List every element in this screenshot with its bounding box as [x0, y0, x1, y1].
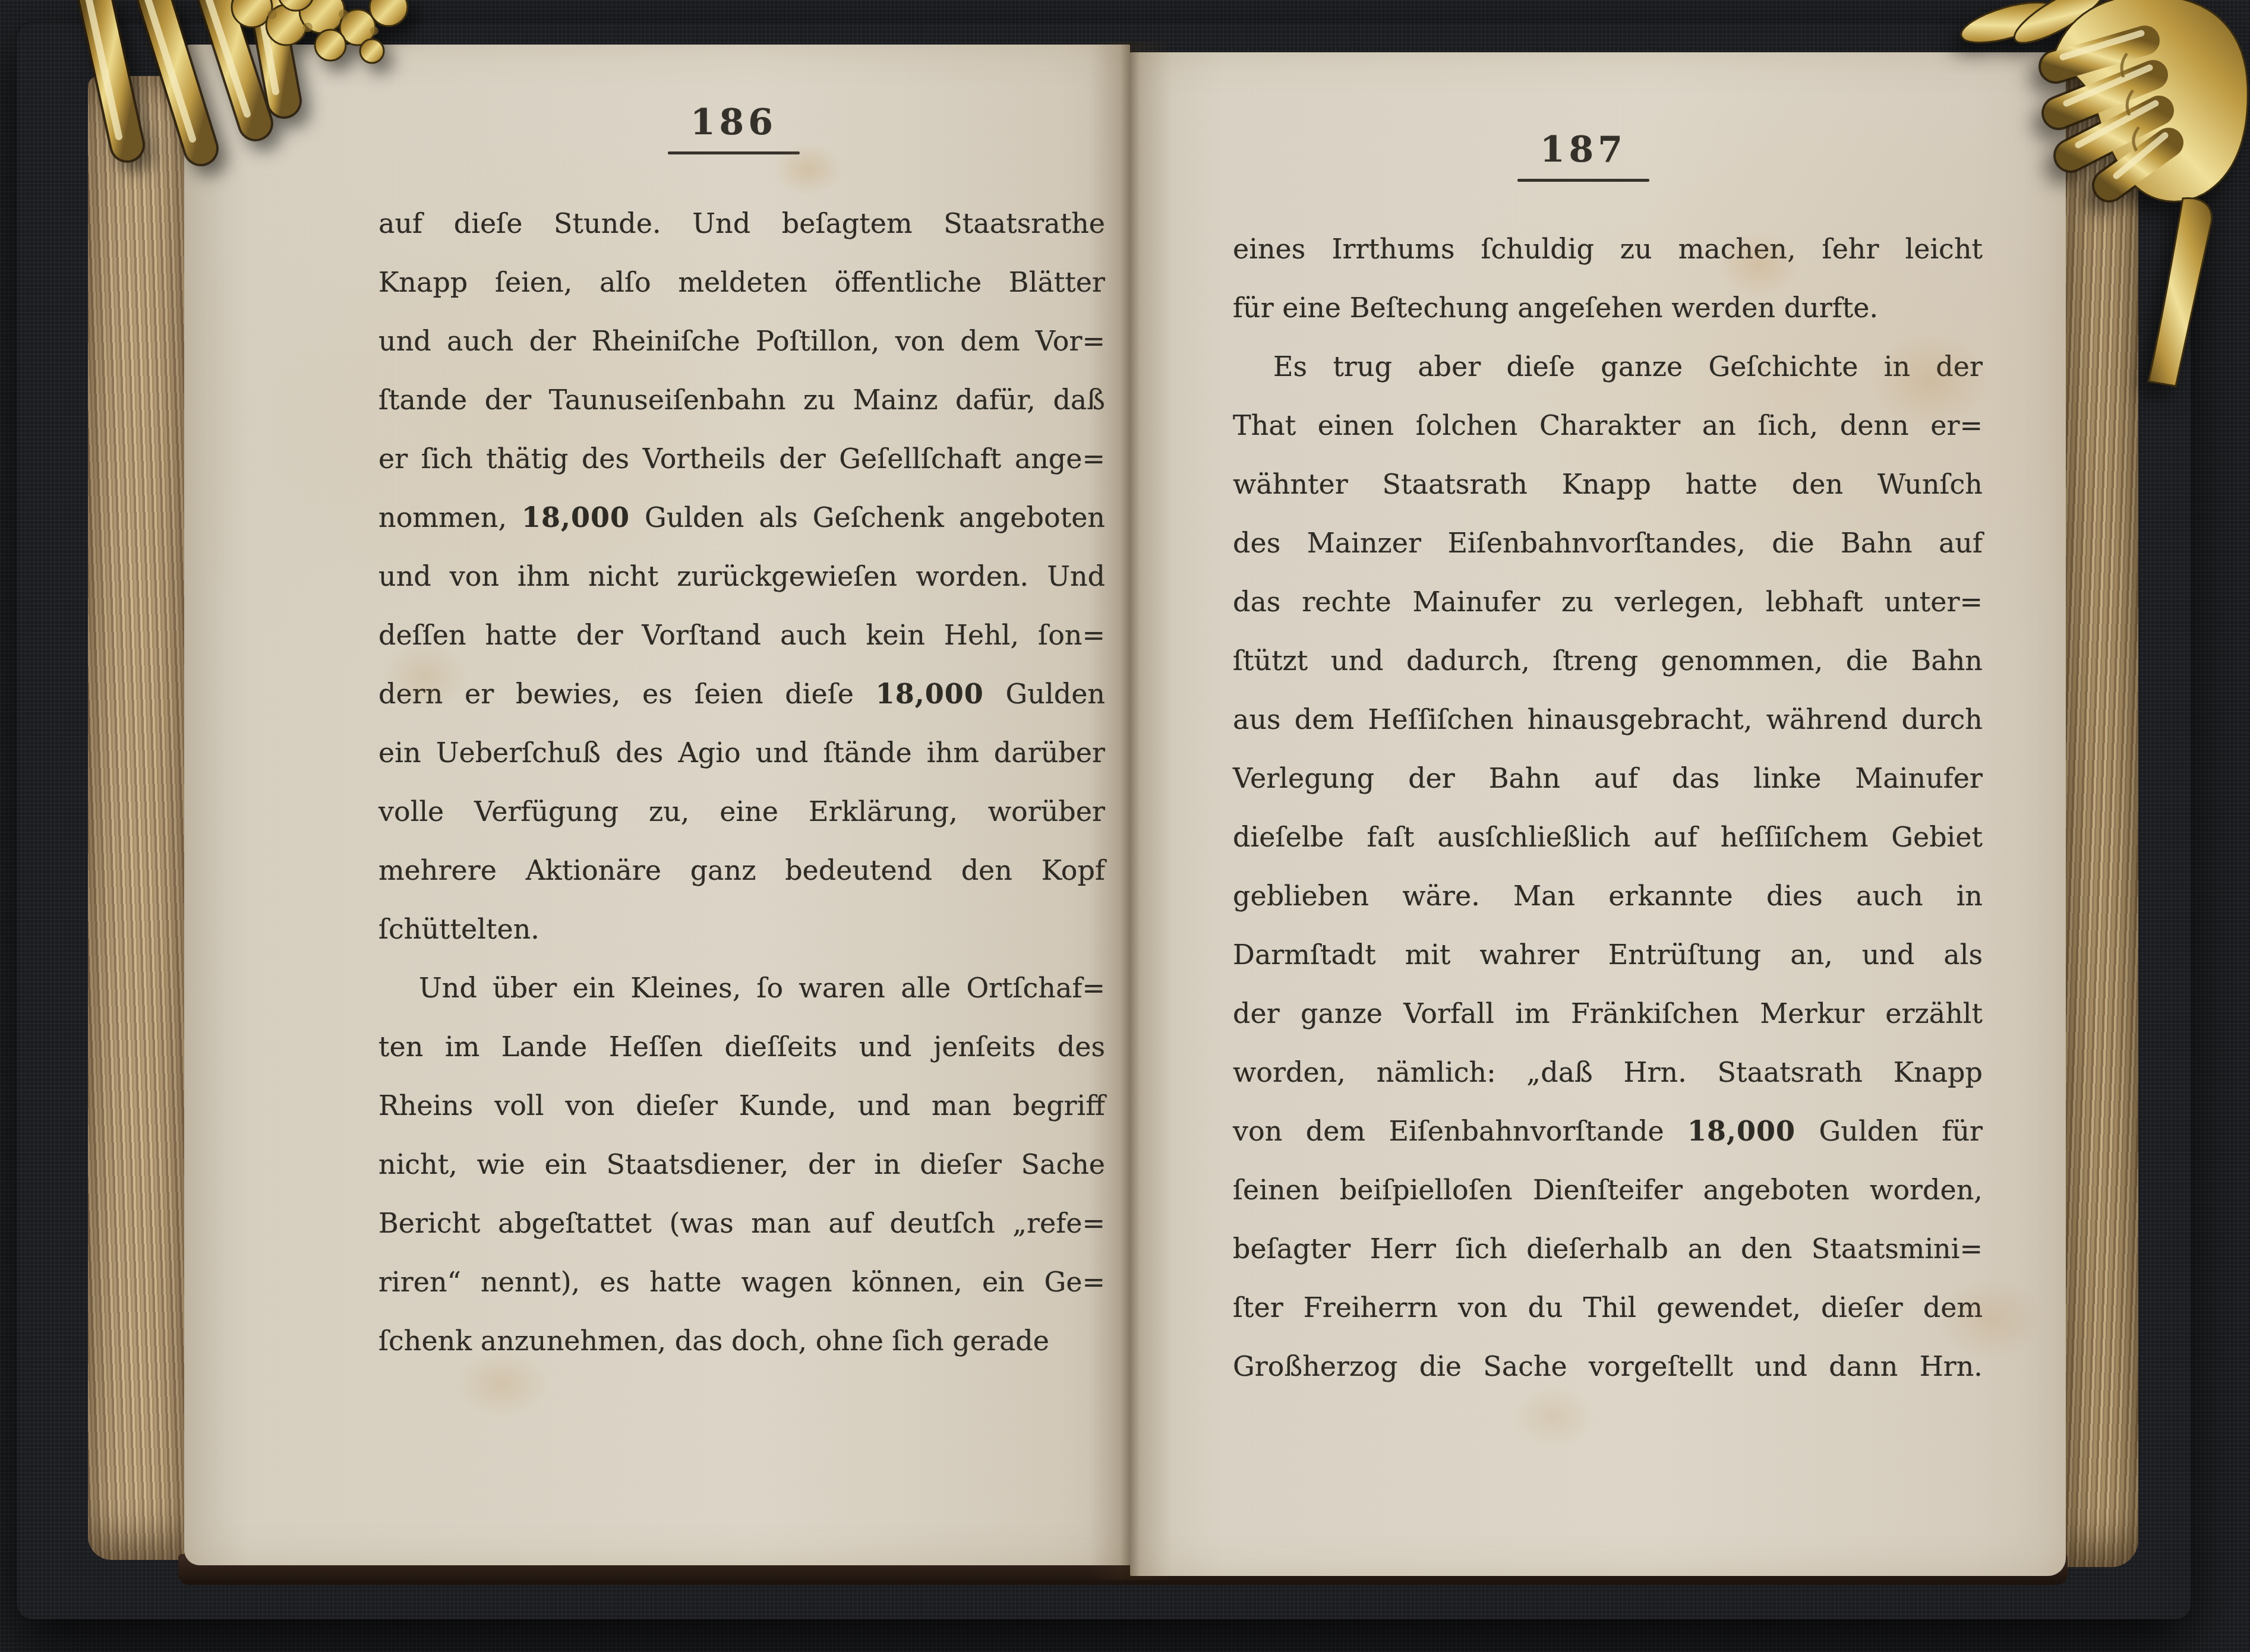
text-line: ein Ueberſchuß des Agio und ſtände ihm d… — [378, 724, 1105, 782]
text-line: Rheins voll von dieſer Kunde, und man be… — [378, 1076, 1105, 1135]
text-line: wähnter Staatsrath Knapp hatte den Wunſc… — [1233, 455, 1983, 514]
text-line: und von ihm nicht zurückgewieſen worden.… — [378, 547, 1105, 606]
text-line: für eine Beſtechung angeſehen werden dur… — [1233, 279, 1983, 337]
text-line: auf dieſe Stunde. Und beſagtem Staatsrat… — [378, 194, 1105, 253]
text-line: ten im Lande Heſſen dieſſeits und jenſei… — [378, 1018, 1105, 1076]
text-line: der ganze Vorfall im Fränkiſchen Merkur … — [1233, 984, 1983, 1043]
page-186: 186 auf dieſe Stunde. Und beſagtem Staat… — [184, 45, 1130, 1565]
text-line: Großherzog die Sache vorgeſtellt und dan… — [1233, 1337, 1983, 1396]
text-line: Es trug aber dieſe ganze Geſchichte in d… — [1233, 337, 1983, 396]
brass-hand-clip-left-icon — [51, 0, 431, 201]
text-line: Darmſtadt mit wahrer Entrüſtung an, und … — [1233, 926, 1983, 984]
text-line: worden, nämlich: „daß Hrn. Staatsrath Kn… — [1233, 1043, 1983, 1102]
text-line: riren“ nennt), es hatte wagen können, ei… — [378, 1253, 1105, 1312]
text-line: volle Verfügung zu, eine Erklärung, worü… — [378, 782, 1105, 841]
text-line: Knapp ſeien, alſo meldeten öffentliche B… — [378, 253, 1105, 312]
text-line: beſagter Herr ſich dieſerhalb an den Sta… — [1233, 1220, 1983, 1278]
text-line: das rechte Mainufer zu verlegen, lebhaft… — [1233, 573, 1983, 631]
text-line: ſtützt und dadurch, ſtreng genommen, die… — [1233, 631, 1983, 690]
text-line: nicht, wie ein Staatsdiener, der in dieſ… — [378, 1135, 1105, 1194]
text-line: des Mainzer Eiſenbahnvorſtandes, die Bah… — [1233, 514, 1983, 573]
text-line: deſſen hatte der Vorſtand auch kein Hehl… — [378, 606, 1105, 665]
page-number-rule — [668, 151, 800, 154]
page-186-text: auf dieſe Stunde. Und beſagtem Staatsrat… — [378, 194, 1105, 1370]
text-line: That einen ſolchen Charakter an ſich, de… — [1233, 396, 1983, 455]
text-line: Bericht abgeſtattet (was man auf deutſch… — [378, 1194, 1105, 1253]
page-header: 187 — [1494, 129, 1672, 182]
text-line: nommen, 18,000 Gulden als Geſchenk angeb… — [378, 488, 1105, 547]
text-line: Verlegung der Bahn auf das linke Mainufe… — [1233, 749, 1983, 808]
text-line: ſtande der Taunuseiſenbahn zu Mainz dafü… — [378, 371, 1105, 429]
text-line: dern er bewies, es ſeien dieſe 18,000 Gu… — [378, 665, 1105, 724]
text-line: eines Irrthums ſchuldig zu machen, ſehr … — [1233, 220, 1983, 279]
text-line: ſter Freiherrn von du Thil gewendet, die… — [1233, 1278, 1983, 1337]
text-line: mehrere Aktionäre ganz bedeutend den Kop… — [378, 841, 1105, 900]
page-number-rule — [1517, 179, 1649, 182]
text-line: von dem Eiſenbahnvorſtande 18,000 Gulden… — [1233, 1102, 1983, 1161]
book-photo-scene: 186 auf dieſe Stunde. Und beſagtem Staat… — [0, 0, 2250, 1652]
text-line: geblieben wäre. Man erkannte dies auch i… — [1233, 867, 1983, 926]
text-line: Und über ein Kleines, ſo waren alle Ortſ… — [378, 959, 1105, 1018]
page-187-text: eines Irrthums ſchuldig zu machen, ſehr … — [1233, 220, 1983, 1396]
text-line: ſchüttelten. — [378, 900, 1105, 959]
text-line: und auch der Rheiniſche Poſtillon, von d… — [378, 312, 1105, 371]
text-line: er ſich thätig des Vortheils der Geſellſ… — [378, 429, 1105, 488]
brass-hand-clip-right-icon — [1918, 0, 2250, 391]
page-number: 186 — [645, 102, 823, 143]
text-line: aus dem Heſſiſchen hinausgebracht, währe… — [1233, 690, 1983, 749]
text-line: dieſelbe faſt ausſchließlich auf heſſiſc… — [1233, 808, 1983, 867]
text-line: ſchenk anzunehmen, das doch, ohne ſich g… — [378, 1312, 1105, 1370]
page-edges-left — [88, 76, 185, 1560]
page-header: 186 — [645, 102, 823, 154]
text-line: ſeinen beiſpielloſen Dienſteifer angebot… — [1233, 1161, 1983, 1220]
page-number: 187 — [1494, 129, 1672, 170]
